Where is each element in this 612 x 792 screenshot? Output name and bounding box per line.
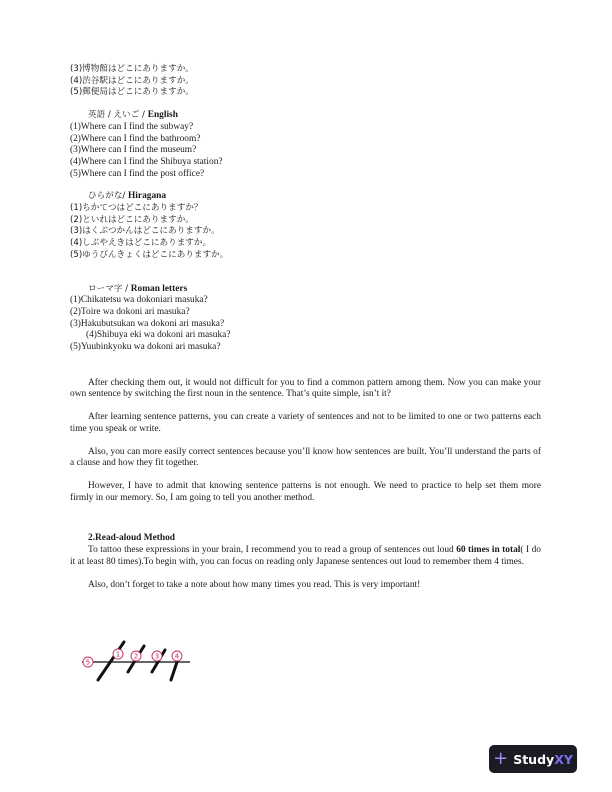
roman-heading: ローマ字 / Roman letters <box>70 284 541 296</box>
plus-icon: + <box>493 750 508 768</box>
section-paragraph: Also, don’t forget to take a note about … <box>70 580 541 592</box>
english-heading: 英語 / えいご / English <box>70 110 541 122</box>
jp-question-4: (4)渋谷駅はどこにありますか。 <box>70 76 541 88</box>
paragraph: However, I have to admit that knowing se… <box>70 481 541 504</box>
hiragana-heading: ひらがな/ Hiragana <box>70 191 541 203</box>
section-paragraph: To tattoo these expressions in your brai… <box>70 545 541 568</box>
roman-item: (1)Chikatetsu wa dokoniari masuka? <box>70 295 541 307</box>
hiragana-item: (4)しぶやえきはどこにありますか。 <box>70 238 541 250</box>
svg-text:1: 1 <box>116 651 120 659</box>
english-item: (2)Where can I find the bathroom? <box>70 134 541 146</box>
jp-question-5: (5)郵便局はどこにありますか。 <box>70 87 541 99</box>
paragraph: Also, you can more easily correct senten… <box>70 447 541 470</box>
english-item: (1)Where can I find the subway? <box>70 122 541 134</box>
paragraph: After checking them out, it would not di… <box>70 378 541 401</box>
tally-marks-figure: 5 1 2 3 4 <box>76 636 196 686</box>
hiragana-item: (2)といれはどこにありますか。 <box>70 215 541 227</box>
hiragana-item: (5)ゆうびんきょくはどこにありますか。 <box>70 250 541 262</box>
english-item: (5)Where can I find the post office? <box>70 169 541 181</box>
english-item: (3)Where can I find the museum? <box>70 145 541 157</box>
roman-item: (2)Toire wa dokoni ari masuka? <box>70 307 541 319</box>
brand-name: StudyXY <box>513 752 573 767</box>
jp-question-3: (3)博物館はどこにありますか。 <box>70 64 541 76</box>
document-page: (3)博物館はどこにありますか。 (4)渋谷駅はどこにありますか。 (5)郵便局… <box>70 64 541 602</box>
hiragana-item: (1)ちかてつはどこにありますか？ <box>70 203 541 215</box>
english-item: (4)Where can I find the Shibuya station? <box>70 157 541 169</box>
section-title: 2.Read-aloud Method <box>70 533 541 545</box>
svg-text:5: 5 <box>86 659 90 667</box>
svg-text:3: 3 <box>155 653 159 661</box>
studyxy-badge[interactable]: + StudyXY <box>489 745 577 773</box>
hiragana-item: (3)はくぶつかんはどこにありますか。 <box>70 226 541 238</box>
roman-item: (5)Yuubinkyoku wa dokoni ari masuka? <box>70 342 541 354</box>
roman-item: (4)Shibuya eki wa dokoni ari masuka? <box>70 330 541 342</box>
roman-item: (3)Hakubutsukan wa dokoni ari masuka? <box>70 319 541 331</box>
svg-text:4: 4 <box>175 653 180 661</box>
svg-text:2: 2 <box>134 653 138 661</box>
paragraph: After learning sentence patterns, you ca… <box>70 412 541 435</box>
